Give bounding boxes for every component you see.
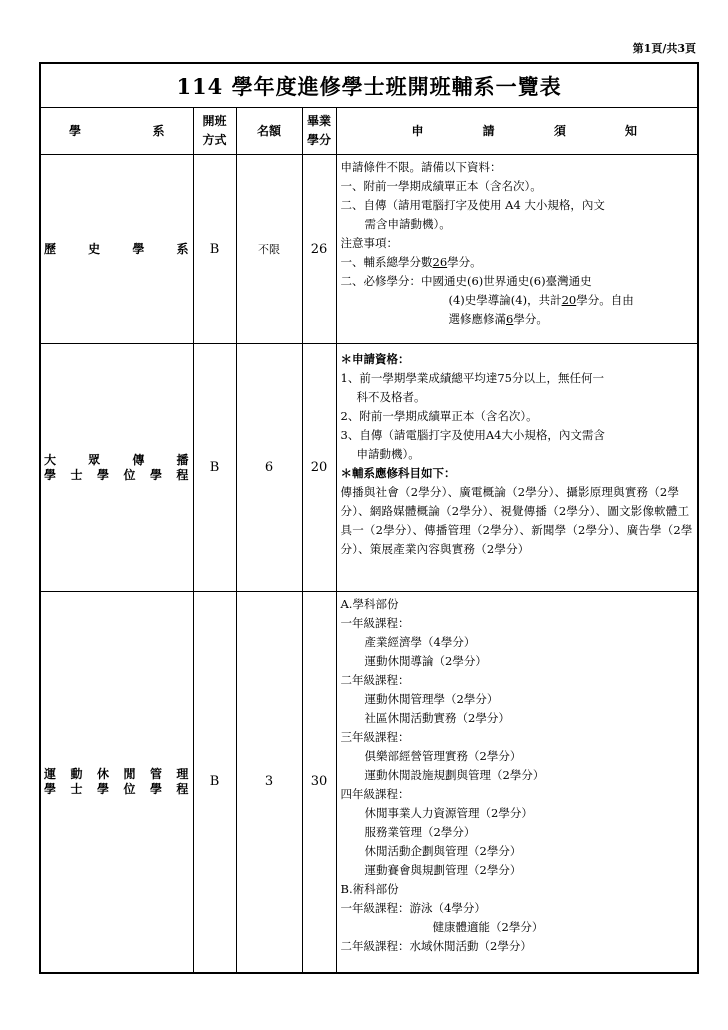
- quota: 6: [236, 344, 302, 592]
- year-heading: 一年級課程：游泳（4學分）: [341, 899, 694, 918]
- dept-char: 眾: [88, 453, 100, 468]
- header-quota: 名額: [236, 108, 302, 155]
- note-line: 2、附前一學期成績單正本（含名次）。: [341, 407, 694, 426]
- course-item: 健康體適能（2學分）: [341, 918, 694, 937]
- grad-credits: 26: [302, 155, 336, 344]
- note-text: 學分。自由: [576, 293, 634, 307]
- dept-char: 理: [176, 767, 188, 782]
- course-item: 產業經濟學（4學分）: [341, 633, 694, 652]
- header-class-mode: 開班 方式: [193, 108, 236, 155]
- dept-char: 大: [44, 453, 56, 468]
- header-notes: 申 請 須 知: [336, 108, 698, 155]
- dept-char: 學: [44, 782, 56, 797]
- header-text: 畢業: [303, 112, 336, 131]
- note-text: 學分。: [513, 312, 548, 326]
- header-text: 請: [483, 122, 495, 141]
- note-line: 一、輔系總學分數26學分。: [341, 253, 694, 272]
- note-line: 申請條件不限。請備以下資料：: [341, 158, 694, 177]
- dept-char: 學: [97, 782, 109, 797]
- note-text: 一、輔系總學分數: [341, 255, 433, 269]
- department-name: 大 眾 傳 播 學 士 學 位 學 程: [40, 344, 193, 592]
- dept-char: 位: [123, 782, 135, 797]
- dept-char: 歷: [44, 242, 56, 257]
- year-heading: 三年級課程：: [341, 728, 694, 747]
- note-line: 二、必修學分：中國通史(6)世界通史(6)臺灣通史: [341, 272, 694, 291]
- note-line: 3、自傳（請電腦打字及使用A4大小規格，內文需含: [341, 426, 694, 445]
- course-item: 運動休閒導論（2學分）: [341, 652, 694, 671]
- year-heading: 一年級課程：: [341, 614, 694, 633]
- header-text: 須: [554, 122, 566, 141]
- page-indicator: 第1頁/共3頁: [633, 40, 696, 56]
- note-line: 需含申請動機）。: [341, 215, 694, 234]
- note-line: (4)史學導論(4)，共計20學分。自由: [341, 291, 694, 310]
- dept-char: 程: [176, 468, 188, 483]
- grad-credits: 20: [302, 344, 336, 592]
- application-notes: A.學科部份 一年級課程： 產業經濟學（4學分） 運動休閒導論（2學分） 二年級…: [336, 592, 698, 973]
- application-notes: 申請條件不限。請備以下資料： 一、附前一學期成績單正本（含名次）。 二、自傳（請…: [336, 155, 698, 344]
- table-row-mass-communication: 大 眾 傳 播 學 士 學 位 學 程 B 6 20 ＊申請資格： 1、前一學期…: [40, 344, 698, 592]
- year-heading: 四年級課程：: [341, 785, 694, 804]
- dept-char: 史: [88, 242, 100, 257]
- note-heading: ＊申請資格：: [341, 350, 694, 369]
- course-list: 傳播與社會（2學分）、廣電概論（2學分）、攝影原理與實務（2學分）、網路媒體概論…: [341, 483, 694, 559]
- grad-credits: 30: [302, 592, 336, 973]
- table-row-sports-leisure: 運 動 休 閒 管 理 學 士 學 位 學 程 B 3 30 A.學科部份 一年…: [40, 592, 698, 973]
- note-line: 科不及格者。: [341, 388, 694, 407]
- header-department: 學系: [40, 108, 193, 155]
- header-grad-credits: 畢業 學分: [302, 108, 336, 155]
- note-line: 選修應修滿6學分。: [341, 310, 694, 329]
- header-text: 申: [412, 122, 424, 141]
- table-row-history: 歷 史 學 系 B 不限 26 申請條件不限。請備以下資料： 一、附前一學期成績…: [40, 155, 698, 344]
- header-row: 學系 開班 方式 名額 畢業 學分 申 請 須 知: [40, 108, 698, 155]
- quota: 不限: [236, 155, 302, 344]
- section-heading: A.學科部份: [341, 595, 694, 614]
- year-heading: 二年級課程：: [341, 671, 694, 690]
- class-mode: B: [193, 155, 236, 344]
- dept-char: 休: [97, 767, 109, 782]
- dept-char: 士: [70, 468, 82, 483]
- note-line: 二、自傳（請用電腦打字及使用 A4 大小規格，內文: [341, 196, 694, 215]
- note-line: 注意事項：: [341, 234, 694, 253]
- course-item: 俱樂部經營管理實務（2學分）: [341, 747, 694, 766]
- note-line: 一、附前一學期成績單正本（含名次）。: [341, 177, 694, 196]
- note-text: 選修應修滿: [449, 312, 507, 326]
- course-item: 社區休閒活動實務（2學分）: [341, 709, 694, 728]
- dept-char: 系: [176, 242, 188, 257]
- dept-char: 學: [132, 242, 144, 257]
- note-text: 學分。: [447, 255, 482, 269]
- note-number: 26: [433, 255, 448, 269]
- dept-char: 運: [44, 767, 56, 782]
- department-name: 運 動 休 閒 管 理 學 士 學 位 學 程: [40, 592, 193, 973]
- note-text: (4)史學導論(4)，共計: [449, 293, 562, 307]
- dept-char: 士: [70, 782, 82, 797]
- class-mode: B: [193, 344, 236, 592]
- dept-char: 閒: [123, 767, 135, 782]
- note-heading: ＊輔系應修科目如下：: [341, 464, 694, 483]
- course-item: 休閒活動企劃與管理（2學分）: [341, 842, 694, 861]
- page-title: 114 學年度進修學士班開班輔系一覽表: [40, 63, 698, 108]
- header-text: 學: [69, 122, 81, 141]
- dept-char: 位: [123, 468, 135, 483]
- application-notes: ＊申請資格： 1、前一學期學業成績總平均達75分以上，無任何一 科不及格者。 2…: [336, 344, 698, 592]
- header-text: 開班: [194, 112, 236, 131]
- note-line: 申請動機）。: [341, 445, 694, 464]
- dept-char: 學: [150, 782, 162, 797]
- dept-char: 動: [70, 767, 82, 782]
- course-item: 休閒事業人力資源管理（2學分）: [341, 804, 694, 823]
- dept-char: 學: [97, 468, 109, 483]
- quota: 3: [236, 592, 302, 973]
- year-heading: 二年級課程：水域休閒活動（2學分）: [341, 937, 694, 956]
- dept-char: 管: [150, 767, 162, 782]
- course-item: 運動休閒管理學（2學分）: [341, 690, 694, 709]
- header-text: 系: [152, 122, 164, 141]
- dept-char: 學: [150, 468, 162, 483]
- course-item: 服務業管理（2學分）: [341, 823, 694, 842]
- department-name: 歷 史 學 系: [40, 155, 193, 344]
- course-item: 運動休閒設施規劃與管理（2學分）: [341, 766, 694, 785]
- note-line: 1、前一學期學業成績總平均達75分以上，無任何一: [341, 369, 694, 388]
- dept-char: 播: [176, 453, 188, 468]
- header-text: 知: [625, 122, 637, 141]
- header-text: 方式: [194, 131, 236, 150]
- class-mode: B: [193, 592, 236, 973]
- dept-char: 程: [176, 782, 188, 797]
- header-text: 學分: [303, 131, 336, 150]
- dept-char: 學: [44, 468, 56, 483]
- note-number: 20: [562, 293, 577, 307]
- dept-char: 傳: [132, 453, 144, 468]
- section-heading: B.術科部份: [341, 880, 694, 899]
- course-item: 運動賽會與規劃管理（2學分）: [341, 861, 694, 880]
- department-table: 114 學年度進修學士班開班輔系一覽表 學系 開班 方式 名額 畢業 學分 申 …: [39, 62, 699, 974]
